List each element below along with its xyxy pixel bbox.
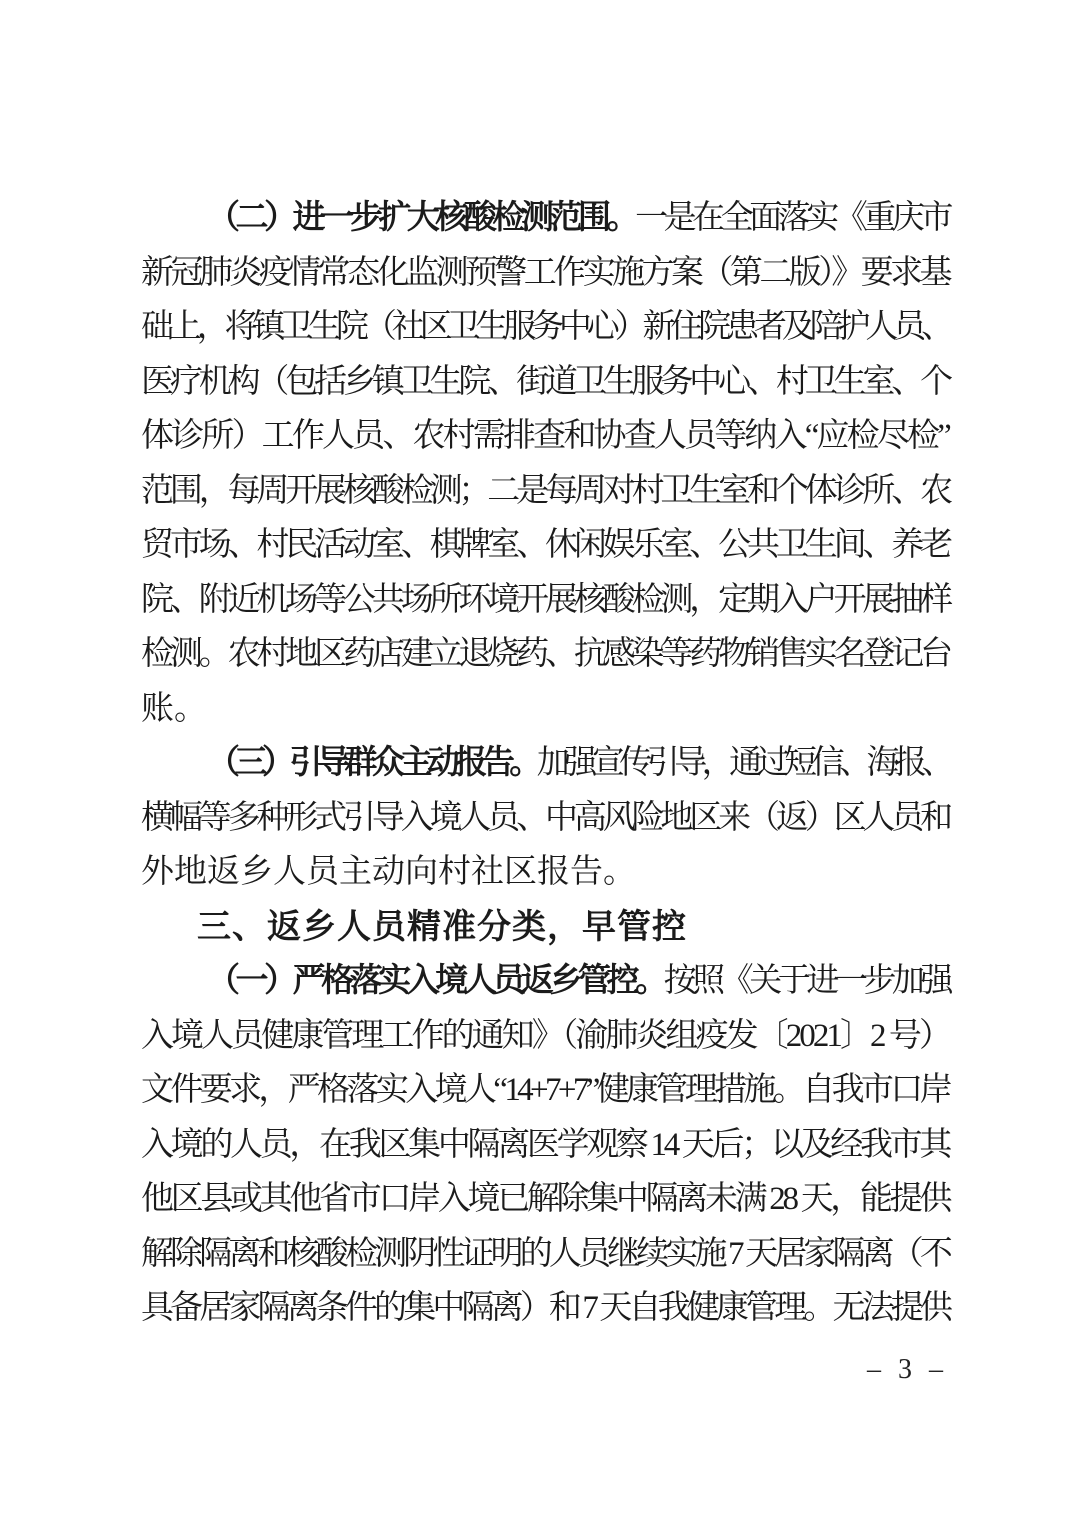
line-text: 具备居家隔离条件的集中隔离）和 7 天自我健康管理。无法提供 [141, 1290, 949, 1326]
text-line: （一）严格落实入境人员返乡管控。按照《关于进一步加强 [141, 954, 949, 1009]
line-text: 解除隔离和核酸检测阴性证明的人员继续实施 7 天居家隔离（不 [141, 1236, 949, 1272]
text-line: 医疗机构（包括乡镇卫生院、街道卫生服务中心、村卫生室、个 [141, 355, 949, 410]
line-text: 检测。农村地区药店建立退烧药、抗感染等药物销售实名登记台 [141, 636, 949, 672]
line-text: 范围，每周开展核酸检测；二是每周对村卫生室和个体诊所、农 [141, 473, 949, 509]
line-text: 体诊所）工作人员、农村需排查和协查人员等纳入“应检尽检” [141, 418, 949, 454]
paragraph-lead: （三）引导群众主动报告。 [207, 745, 537, 781]
line-text: 入境人员健康管理工作的通知》（渝肺炎组疫发〔2021〕2 号） [141, 1018, 949, 1054]
text-line: 具备居家隔离条件的集中隔离）和 7 天自我健康管理。无法提供 [141, 1281, 949, 1336]
text-line: （三）引导群众主动报告。加强宣传引导，通过短信、海报、 [141, 736, 949, 791]
document-page: （二）进一步扩大核酸检测范围。一是在全面落实《重庆市 新冠肺炎疫情常态化监测预警… [0, 0, 1074, 1520]
line-text: 文件要求，严格落实入境人“14+7+7”健康管理措施。自我市口岸 [141, 1072, 949, 1108]
line-text: 外地返乡人员主动向村社区报告。 [141, 854, 636, 890]
section-heading: 三、返乡人员精准分类，早管控 [141, 900, 949, 955]
text-line: 院、附近机场等公共场所环境开展核酸检测，定期入户开展抽样 [141, 573, 949, 628]
line-text: 他区县或其他省市口岸入境已解除集中隔离未满 28 天，能提供 [141, 1181, 949, 1217]
text-line: 账。 [141, 682, 949, 737]
line-text: 按照《关于进一步加强 [664, 963, 949, 999]
text-line: 横幅等多种形式引导入境人员、中高风险地区来（返）区人员和 [141, 791, 949, 846]
text-line: 新冠肺炎疫情常态化监测预警工作实施方案（第二版）》要求基 [141, 246, 949, 301]
text-line: 贸市场、村民活动室、棋牌室、休闲娱乐室、公共卫生间、养老 [141, 518, 949, 573]
text-line: 入境的人员，在我区集中隔离医学观察 14 天后；以及经我市其 [141, 1118, 949, 1173]
text-line: 他区县或其他省市口岸入境已解除集中隔离未满 28 天，能提供 [141, 1172, 949, 1227]
page-number: – 3 – [867, 1350, 948, 1390]
line-text: 院、附近机场等公共场所环境开展核酸检测，定期入户开展抽样 [141, 582, 949, 618]
line-text: 医疗机构（包括乡镇卫生院、街道卫生服务中心、村卫生室、个 [141, 364, 949, 400]
text-line: 文件要求，严格落实入境人“14+7+7”健康管理措施。自我市口岸 [141, 1063, 949, 1118]
text-line: （二）进一步扩大核酸检测范围。一是在全面落实《重庆市 [141, 191, 949, 246]
text-line: 解除隔离和核酸检测阴性证明的人员继续实施 7 天居家隔离（不 [141, 1227, 949, 1282]
line-text: 入境的人员，在我区集中隔离医学观察 14 天后；以及经我市其 [141, 1127, 949, 1163]
line-text: 贸市场、村民活动室、棋牌室、休闲娱乐室、公共卫生间、养老 [141, 527, 949, 563]
text-line: 范围，每周开展核酸检测；二是每周对村卫生室和个体诊所、农 [141, 464, 949, 519]
document-body: （二）进一步扩大核酸检测范围。一是在全面落实《重庆市 新冠肺炎疫情常态化监测预警… [141, 191, 949, 1336]
paragraph-lead: （二）进一步扩大核酸检测范围。 [207, 200, 635, 236]
text-line: 体诊所）工作人员、农村需排查和协查人员等纳入“应检尽检” [141, 409, 949, 464]
line-text: 础上，将镇卫生院（社区卫生服务中心）新住院患者及陪护人员、 [141, 309, 949, 345]
text-line: 础上，将镇卫生院（社区卫生服务中心）新住院患者及陪护人员、 [141, 300, 949, 355]
text-line: 检测。农村地区药店建立退烧药、抗感染等药物销售实名登记台 [141, 627, 949, 682]
text-line: 入境人员健康管理工作的通知》（渝肺炎组疫发〔2021〕2 号） [141, 1009, 949, 1064]
line-text: 账。 [141, 691, 207, 727]
line-text: 一是在全面落实《重庆市 [635, 200, 949, 236]
line-text: 新冠肺炎疫情常态化监测预警工作实施方案（第二版）》要求基 [141, 255, 949, 291]
line-text: 横幅等多种形式引导入境人员、中高风险地区来（返）区人员和 [141, 800, 949, 836]
line-text: 加强宣传引导，通过短信、海报、 [537, 745, 949, 781]
text-line: 外地返乡人员主动向村社区报告。 [141, 845, 949, 900]
paragraph-lead: （一）严格落实入境人员返乡管控。 [207, 963, 664, 999]
